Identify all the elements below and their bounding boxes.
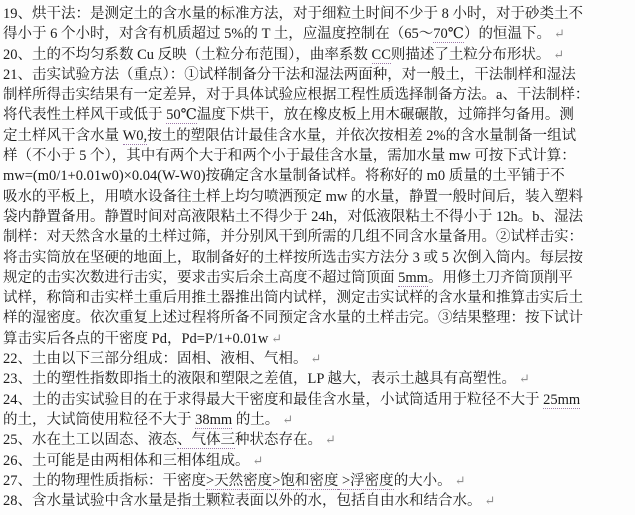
document-line: mw=(m0/1+0.01w0)×0.04(W-W0)按确定含水量制备试样。将称… (3, 166, 633, 186)
text-segment: 温度下烘干，放在橡皮板上用木碾碾散，过筛拌匀备用。测 (197, 107, 574, 123)
document-line: 将击实筒放在坚硬的地面上，取制备好的土样按所选击实方法分 3 或 5 次倒入筒内… (3, 248, 633, 268)
document-line: 将代表性土样风干或低于 50℃温度下烘干，放在橡皮板上用木碾碾散，过筛拌匀备用。… (3, 105, 633, 125)
document-line: 的土，大试筒使用粒径不大于 38mm 的土。↵ (3, 410, 633, 430)
text-segment: 则描述了土粒分布形状。 (391, 47, 551, 63)
text-segment: 27、土的物理性质指标：干密度 (3, 473, 206, 489)
document-line: 28、含水量试验中含水量是指土颗粒表面以外的水，包括自由水和结合水。↵ (3, 491, 633, 511)
text-segment: 的土。 (232, 412, 279, 428)
document-line: 制样：对天然含水量的土样过筛，并分别风干到所需的几组不同含水量备用。②试样击实： (3, 227, 633, 247)
spellcheck-underlined-text: 50℃ (166, 107, 197, 124)
text-segment: 。用修土刀齐筒顶削平 (428, 270, 573, 286)
document-line: 19、烘干法：是测定土的含水量的标准方法，对于细粒土时间不少于 8 小时，对于砂… (3, 4, 633, 24)
paragraph-mark-icon: ↵ (250, 453, 264, 468)
text-segment: 按土的塑限估计最佳含水量，并依次按相差 2%的含水量制备一组试 (147, 128, 576, 144)
spellcheck-underlined-text: CC (372, 47, 391, 64)
text-segment: 的大小。 (394, 473, 452, 489)
spellcheck-underlined-text: 70℃ (433, 26, 464, 43)
text-segment: 样的湿密度。依次重复上述过程将所备不同预定含水量的土样击完。③结果整理：按下试计 (3, 310, 583, 326)
spellcheck-underlined-text: W0, (123, 128, 148, 145)
paragraph-mark-icon: ↵ (550, 47, 564, 62)
document-line: 试样，称筒和击实样土重后用推土器推出筒内试样，测定击实试样的含水量和推算击实后土 (3, 288, 633, 308)
text-segment: 样（不小于 5 个），其中有两个大于和两个小于最佳含水量，需加水量 mw 可按下… (3, 148, 576, 164)
paragraph-mark-icon: ↵ (516, 371, 530, 386)
document-line: 24、土的击实试验目的在于求得最大干密度和最佳含水量，小试筒适用于粒径不大于 2… (3, 390, 633, 410)
document-line: 得小于 6 个小时，对含有机质超过 5%的 T 土，应温度控制在（65～70℃）… (3, 24, 633, 44)
text-segment: 定土样风干含水量 (3, 128, 123, 144)
spellcheck-underlined-text: 、气体三 (177, 432, 235, 449)
spellcheck-underlined-text: >饱和密度 (272, 473, 338, 490)
text-segment: mw=(m0/1+0.01w0)×0.04(W-W0)按确定含水量制备试样。将称… (3, 168, 565, 184)
paragraph-mark-icon: ↵ (268, 331, 282, 346)
document-line: 样的湿密度。依次重复上述过程将所备不同预定含水量的土样击完。③结果整理：按下试计 (3, 308, 633, 328)
paragraph-mark-icon: ↵ (482, 493, 496, 508)
document-line: 样（不小于 5 个），其中有两个大于和两个小于最佳含水量，需加水量 mw 可按下… (3, 146, 633, 166)
paragraph-mark-icon: ↵ (452, 473, 466, 488)
text-segment: 22、土由以下三部分组成：固相、液相、气相。 (3, 351, 308, 367)
document-line: 21、击实试验方法（重点）：①试样制备分干法和湿法两面种，对一般土，干法制样和湿… (3, 65, 633, 85)
text-segment: 制样所得击实结果有一定差异，对于具体试验应根据工程性质选择制备方法。a、干法制样… (3, 87, 589, 103)
text-segment: 种状态存在。 (235, 432, 322, 448)
text-segment: 20、土的不均匀系数 Cu 反映（土粒分布范围），曲率系数 (3, 47, 372, 63)
document-line: 25、水在土工以固态、液态、气体三种状态存在。↵ (3, 430, 633, 450)
text-segment: 将代表性土样风干或低于 (3, 107, 166, 123)
document-line: 23、土的塑性指数即指土的液限和塑限之差值，LP 越大，表示土越具有高塑性。↵ (3, 369, 633, 389)
text-segment: 试样，称筒和击实样土重后用推土器推出筒内试样，测定击实试样的含水量和推算击实后土 (3, 290, 583, 306)
document-line: 袋内静置备用。静置时间对高液限粘土不得少于 24h，对低液限粘土不得小于 12h… (3, 207, 633, 227)
text-segment: 袋内静置备用。静置时间对高液限粘土不得少于 24h，对低液限粘土不得小于 12h… (3, 209, 583, 225)
text-segment: 23、土的塑性指数即指土的液限和塑限之差值，LP 越大，表示土越具有高塑性。 (3, 371, 516, 387)
document-body: 19、烘干法：是测定土的含水量的标准方法，对于细粒土时间不少于 8 小时，对于砂… (3, 4, 633, 511)
document-page: 19、烘干法：是测定土的含水量的标准方法，对于细粒土时间不少于 8 小时，对于砂… (0, 0, 635, 515)
text-segment: 19、烘干法：是测定土的含水量的标准方法，对于细粒土时间不少于 8 小时，对于砂… (3, 6, 583, 22)
spellcheck-underlined-text: 5mm (398, 270, 428, 287)
text-segment: 的土，大试筒使用粒径不大于 (3, 412, 195, 428)
document-line: 算击实后各点的干密度 Pd，Pd=P/1+0.01w↵ (3, 329, 633, 349)
text-segment: 26、土可能是由两相体和三相体组成。 (3, 453, 250, 469)
document-line: 制样所得击实结果有一定差异，对于具体试验应根据工程性质选择制备方法。a、干法制样… (3, 85, 633, 105)
text-segment: 24、土的击实试验目的在于求得最大干密度和最佳含水量，小试筒适用于粒径不大于 (3, 392, 543, 408)
paragraph-mark-icon: ↵ (322, 432, 336, 447)
text-segment: 25、水在土工以固态、液态 (3, 432, 177, 448)
document-line: 20、土的不均匀系数 Cu 反映（土粒分布范围），曲率系数 CC则描述了土粒分布… (3, 45, 633, 65)
text-segment: 吸水的平板上，用喷水设备往土样上均匀喷洒预定 mw 的水量，静置一般时间后，装入… (3, 189, 583, 205)
spellcheck-underlined-text: >浮密度 (338, 473, 393, 490)
text-segment: 得小于 6 个小时，对含有机质超过 5%的 T 土，应温度控制在（65～ (3, 26, 433, 42)
document-line: 22、土由以下三部分组成：固相、液相、气相。↵ (3, 349, 633, 369)
spellcheck-underlined-text: >天然密度 (206, 473, 272, 490)
document-line: 27、土的物理性质指标：干密度>天然密度>饱和密度 >浮密度的大小。↵ (3, 471, 633, 491)
paragraph-mark-icon: ↵ (279, 412, 293, 427)
text-segment: 将击实筒放在坚硬的地面上，取制备好的土样按所选击实方法分 3 或 5 次倒入筒内… (3, 250, 583, 266)
paragraph-mark-icon: ↵ (551, 26, 565, 41)
text-segment: 制样：对天然含水量的土样过筛，并分别风干到所需的几组不同含水量备用。②试样击实： (3, 229, 583, 245)
text-segment: 28、含水量试验中含水量是指土颗粒表面以外的水，包括自由水和结合水。 (3, 493, 482, 509)
paragraph-mark-icon: ↵ (308, 351, 322, 366)
document-line: 定土样风干含水量 W0,按土的塑限估计最佳含水量，并依次按相差 2%的含水量制备… (3, 126, 633, 146)
document-line: 吸水的平板上，用喷水设备往土样上均匀喷洒预定 mw 的水量，静置一般时间后，装入… (3, 187, 633, 207)
text-segment: 算击实后各点的干密度 Pd，Pd=P/1+0.01w (3, 331, 268, 347)
text-segment: 21、击实试验方法（重点）：①试样制备分干法和湿法两面种，对一般土，干法制样和湿… (3, 67, 576, 83)
spellcheck-underlined-text: 25mm (543, 392, 580, 409)
spellcheck-underlined-text: 38mm (195, 412, 232, 429)
document-line: 规定的击实次数进行击实，要求击实后余土高度不超过筒顶面 5mm。用修土刀齐筒顶削… (3, 268, 633, 288)
document-line: 26、土可能是由两相体和三相体组成。↵ (3, 451, 633, 471)
text-segment: ）的恒温下。 (464, 26, 551, 42)
text-segment: 规定的击实次数进行击实，要求击实后余土高度不超过筒顶面 (3, 270, 398, 286)
